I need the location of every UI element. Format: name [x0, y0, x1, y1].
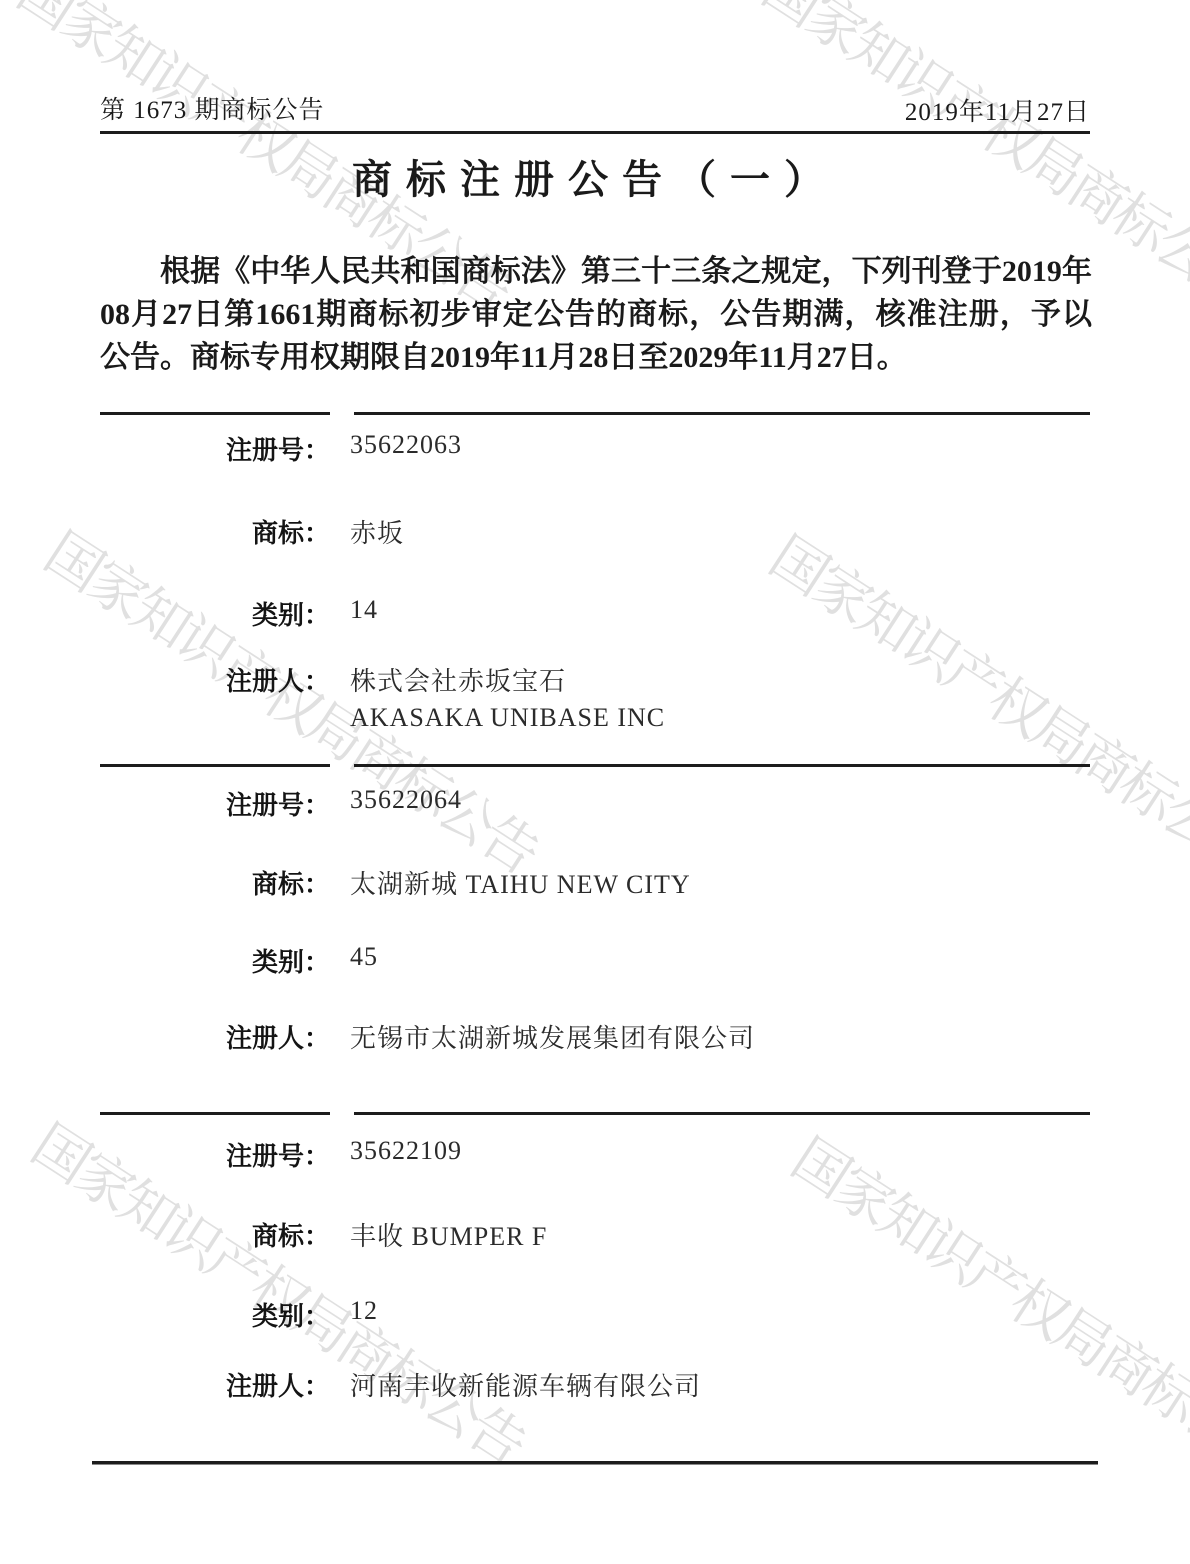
field-registrant: 注册人： 无锡市太湖新城发展集团有限公司	[0, 1018, 1190, 1052]
intro-line-2: 08月27日第1661期商标初步审定公告的商标，公告期满，核准注册，予以	[100, 289, 1092, 333]
field-value: 35622063	[350, 430, 1070, 460]
field-label: 注册号：	[100, 785, 330, 822]
field-trademark: 商标： 丰收 BUMPER F	[0, 1216, 1190, 1250]
field-reg-no: 注册号： 35622063	[0, 430, 1190, 464]
field-label: 商标：	[100, 864, 330, 901]
field-value: 河南丰收新能源车辆有限公司	[350, 1366, 1070, 1403]
field-trademark: 商标： 赤坂	[0, 513, 1190, 547]
field-reg-no: 注册号： 35622064	[0, 785, 1190, 819]
page-title: 商标注册公告（一）	[100, 148, 1090, 205]
entry-divider	[354, 764, 1090, 767]
field-value: 丰收 BUMPER F	[350, 1216, 1070, 1253]
field-reg-no: 注册号： 35622109	[0, 1136, 1190, 1170]
field-label: 类别：	[100, 942, 330, 979]
field-registrant-en: AKASAKA UNIBASE INC	[0, 703, 1190, 737]
field-label: 注册人：	[100, 1366, 330, 1403]
field-class: 类别： 14	[0, 595, 1190, 629]
header-date: 2019年11月27日	[905, 92, 1090, 128]
intro-line-3: 公告。商标专用权期限自2019年11月28日至2029年11月27日。	[100, 332, 1092, 376]
entry-divider	[100, 412, 330, 415]
field-value: 45	[350, 942, 1070, 972]
field-value: 株式会社赤坂宝石	[350, 661, 1070, 698]
field-label: 注册人：	[100, 661, 330, 698]
header-issue-number: 第 1673 期商标公告	[100, 90, 325, 126]
page-bottom-rule	[92, 1461, 1098, 1465]
field-class: 类别： 12	[0, 1296, 1190, 1330]
field-label: 商标：	[100, 513, 330, 550]
field-label: 商标：	[100, 1216, 330, 1253]
field-value: 太湖新城 TAIHU NEW CITY	[350, 864, 1070, 901]
entry-divider	[100, 764, 330, 767]
field-label: 类别：	[100, 595, 330, 632]
entry-divider	[100, 1112, 330, 1115]
document-page: 国家知识产权局商标公告 国家知识产权局商标公告 国家知识产权局商标公告 国家知识…	[0, 0, 1190, 1564]
header-rule	[100, 131, 1090, 134]
field-class: 类别： 45	[0, 942, 1190, 976]
field-label: 类别：	[100, 1296, 330, 1333]
field-value: 35622064	[350, 785, 1070, 815]
field-registrant: 注册人： 河南丰收新能源车辆有限公司	[0, 1366, 1190, 1400]
entry-divider	[354, 412, 1090, 415]
field-label: 注册号：	[100, 1136, 330, 1173]
document-content: 第 1673 期商标公告 2019年11月27日 商标注册公告（一） 根据《中华…	[0, 0, 1190, 1564]
field-label: 注册号：	[100, 430, 330, 467]
entry-divider	[354, 1112, 1090, 1115]
field-value: 无锡市太湖新城发展集团有限公司	[350, 1018, 1070, 1055]
field-registrant: 注册人： 株式会社赤坂宝石	[0, 661, 1190, 695]
field-value: 12	[350, 1296, 1070, 1326]
intro-line-1: 根据《中华人民共和国商标法》第三十三条之规定，下列刊登于2019年	[100, 246, 1092, 290]
field-label: 注册人：	[100, 1018, 330, 1055]
field-trademark: 商标： 太湖新城 TAIHU NEW CITY	[0, 864, 1190, 898]
field-value: 14	[350, 595, 1070, 625]
field-value: 赤坂	[350, 513, 1070, 550]
field-value: 35622109	[350, 1136, 1070, 1166]
field-value: AKASAKA UNIBASE INC	[350, 703, 1070, 733]
